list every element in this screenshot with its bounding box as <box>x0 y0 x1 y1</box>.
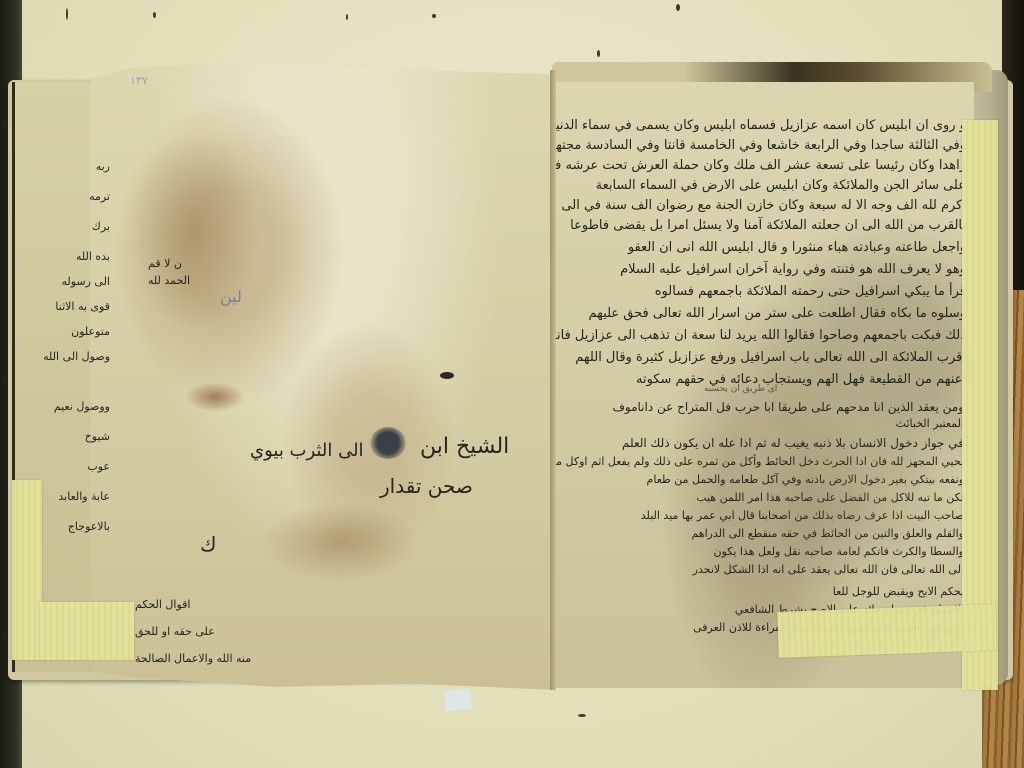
left-footer-line-3: منه الله والاعمال الصالحة <box>135 652 251 665</box>
left-footer-line-2: على حقه او للحق <box>135 625 215 638</box>
text-line: ذلك فبكت باجمعهم وصاحوا فقالوا الله يريد… <box>552 328 966 343</box>
margin-line: عوب <box>87 460 110 473</box>
center-inscription-line-3: الى الثرب بيوي <box>250 440 364 461</box>
margin-line: قوى به الاثنا <box>55 300 110 313</box>
water-stain <box>754 412 954 592</box>
stamp-line-2: الحمد لله <box>148 274 190 288</box>
book-spine-gutter <box>550 70 556 690</box>
left-vertical-repair-tape <box>12 480 42 660</box>
text-line: وفي الثالثة ساجدا وفي الرابعة خاشعا وفي … <box>552 138 966 153</box>
margin-line: برك <box>92 220 110 233</box>
surface-speck <box>153 12 156 18</box>
foxing-stain <box>260 502 420 582</box>
brown-stain <box>185 382 245 412</box>
text-line: على سائر الجن والملائكة وكان ابليس على ا… <box>596 178 966 193</box>
text-line: واجعل طاعته وعبادته هباء منثورا و قال اب… <box>628 240 966 255</box>
left-footer-line-1: اقوال الحكم <box>135 598 190 611</box>
center-inscription-line-2: صحن تقدار <box>380 474 473 498</box>
text-line: اقرب الملائكة الى الله تعالى باب اسرافيل… <box>575 350 966 365</box>
center-inscription-line-1: الشيخ ابن <box>420 434 509 459</box>
ink-blot-large <box>370 427 406 459</box>
margin-line: متوعلون <box>71 325 110 338</box>
text-line: بالقرب من الله الى ان جعلته الملائكة آمن… <box>570 218 966 233</box>
center-inscription-mark: ك <box>200 532 216 556</box>
margin-line: بده الله <box>76 250 110 263</box>
page-number-mark: ١٣٧ <box>130 74 148 87</box>
margin-line: وصول الى الله <box>43 350 110 363</box>
margin-line: ووصول نعيم <box>54 400 110 413</box>
surface-speck <box>597 50 600 57</box>
text-line: اعنهم من القطيعة فهل الهم ويستجاب دعائه … <box>636 372 966 387</box>
text-line: اكرم لله الف وجه الا له سبعة وكان خازن ا… <box>552 198 966 213</box>
interlinear-note: اى طريق ان يحسبه <box>704 384 777 394</box>
text-line: ومن يعقد الذين انا مدحهم على طريقا ابا ح… <box>612 400 964 415</box>
text-line: وهو لا يعرف الله هو فتنته وفي رواية آخرا… <box>620 262 966 277</box>
stamp-line-1: ن لا قم <box>148 257 182 271</box>
surface-speck <box>578 714 586 717</box>
ink-blot <box>440 372 454 379</box>
text-line: وسلوه ما بكاه فقال اطلعت على ستر من اسرا… <box>589 306 966 321</box>
bottom-left-repair-tape <box>40 602 134 660</box>
surface-speck <box>346 14 348 20</box>
margin-line: الى رسوله <box>61 275 110 288</box>
surface-speck <box>432 14 436 18</box>
text-line: و روى ان ابليس كان اسمه عزازيل فسماه ابل… <box>552 118 966 133</box>
text-line: زاهدا وكان رئيسا على تسعة عشر الف ملك وك… <box>552 158 966 173</box>
main-text-block: و روى ان ابليس كان اسمه عزازيل فسماه ابل… <box>568 118 966 418</box>
surface-speck <box>66 8 68 20</box>
margin-line: ترمه <box>89 190 110 203</box>
left-page: ١٣٧ ن لا قم الحمد لله لين الشيخ ابن الى … <box>90 62 555 690</box>
right-page: و روى ان ابليس كان اسمه عزازيل فسماه ابل… <box>552 82 974 688</box>
text-line: قرأ ما يبكي اسرافيل حتى رحمته الملائكة ب… <box>655 284 966 299</box>
margin-line: عابة والعابد <box>58 490 110 503</box>
margin-line: بالاعوجاج <box>68 520 110 533</box>
surface-speck <box>676 4 680 11</box>
margin-line: شيوخ <box>85 430 110 443</box>
paper-scrap <box>444 689 472 712</box>
bottom-right-repair-tape <box>777 604 996 658</box>
faint-scribble-signature: لين <box>220 287 242 306</box>
margin-line: ربه <box>96 160 110 173</box>
